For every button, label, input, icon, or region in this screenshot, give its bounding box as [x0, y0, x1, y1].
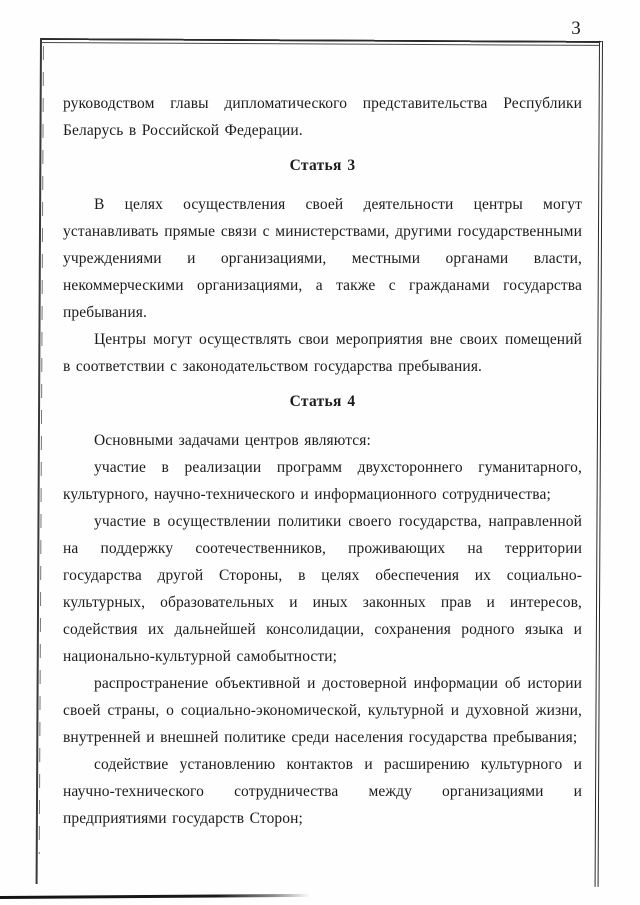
article-4-intro-paragraph: Основными задачами центров являются:: [63, 427, 582, 454]
continued-paragraph: руководством главы дипломатического пред…: [63, 90, 582, 144]
article-4-task-1: участие в реализации программ двухсторон…: [63, 454, 582, 508]
bottom-scan-line: [0, 894, 310, 899]
article-4-task-3: распространение объективной и достоверно…: [63, 670, 582, 751]
document-body: руководством главы дипломатического пред…: [63, 90, 582, 832]
scanned-page: 3 руководством главы дипломатического пр…: [0, 0, 640, 905]
article-4-heading: Статья 4: [63, 388, 582, 415]
article-3-paragraph-1: В целях осуществления своей деятельности…: [63, 191, 582, 326]
article-4-task-4: содействие установлению контактов и расш…: [63, 751, 582, 832]
article-4-task-2: участие в осуществлении политики своего …: [63, 508, 582, 670]
article-3-paragraph-2: Центры могут осуществлять свои мероприят…: [63, 326, 582, 380]
page-number: 3: [564, 18, 588, 40]
article-3-heading: Статья 3: [63, 152, 582, 179]
